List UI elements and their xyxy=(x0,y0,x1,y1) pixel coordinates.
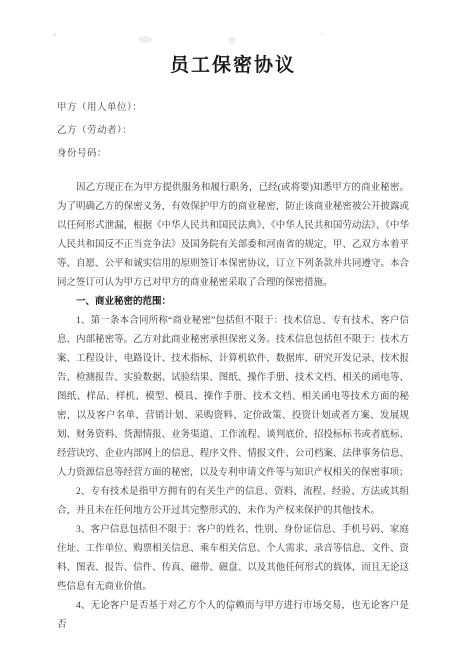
section-1-heading: 一、商业秘密的范围： xyxy=(57,293,409,312)
preamble-paragraph: 因乙方现正在为甲方提供服务和履行职务，已经(或将要)知悉甲方的商业秘密。为了明确… xyxy=(57,179,409,293)
document-content: 员工保密协议 甲方（用人单位）： 乙方（劳动者）： 身份号码： 因乙方现正在为甲… xyxy=(57,44,409,635)
clause-3-paragraph: 3、客户信息包括但不限于：客户的姓名、性别、身份证信息、手机号码、家庭住址、工作… xyxy=(57,521,409,597)
party-a-line: 甲方（用人单位）： xyxy=(57,97,409,120)
id-number-line: 身份号码： xyxy=(57,143,409,166)
document-page: ″ ‾ 员工保密协议 甲方（用人单位）： 乙方（劳动者）： 身份号码： 因乙方现… xyxy=(0,0,463,655)
body-text: 因乙方现正在为甲方提供服务和履行职务，已经(或将要)知悉甲方的商业秘密。为了明确… xyxy=(57,179,409,635)
clause-2-paragraph: 2、专有技术是指甲方拥有的有关生产的信息、资料、流程、经验、方法或其组合，并且未… xyxy=(57,483,409,521)
party-b-line: 乙方（劳动者）： xyxy=(57,120,409,143)
scan-artifact xyxy=(228,37,236,44)
page-number: 1 xyxy=(0,603,463,613)
scan-artifact: ‾ xyxy=(320,35,323,44)
scan-artifact xyxy=(138,36,152,43)
clause-1-paragraph: 1、第一条本合同所称“商业秘密”包括但不限于：技术信息、专有技术、客户信息、内部… xyxy=(57,312,409,483)
document-title: 员工保密协议 xyxy=(57,50,409,77)
party-block: 甲方（用人单位）： 乙方（劳动者）： 身份号码： xyxy=(57,97,409,166)
scan-artifact: ″ xyxy=(53,33,57,42)
